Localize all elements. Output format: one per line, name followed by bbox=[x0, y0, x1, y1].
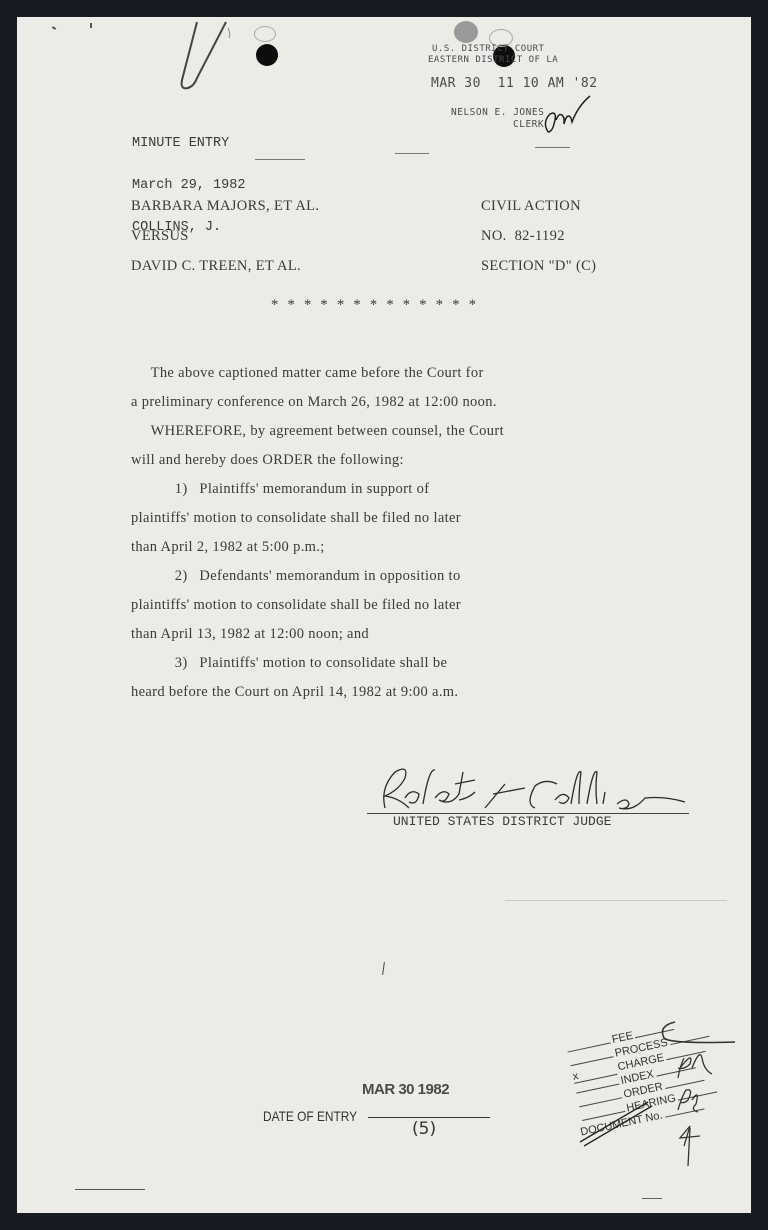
order-line: WHEREFORE, by agreement between counsel,… bbox=[131, 417, 504, 446]
order-line: 2) Defendants' memorandum in opposition … bbox=[131, 562, 504, 591]
punch-hole-faint bbox=[454, 21, 478, 43]
docket-handwriting bbox=[560, 1018, 750, 1168]
date-of-entry-stamp: MAR 30 1982 bbox=[362, 1081, 449, 1098]
punch-hole bbox=[256, 44, 278, 66]
divider bbox=[255, 159, 305, 160]
stray-mark bbox=[90, 23, 92, 28]
signature-title: UNITED STATES DISTRICT JUDGE bbox=[393, 814, 611, 829]
order-line: plaintiffs' motion to consolidate shall … bbox=[131, 591, 504, 620]
filing-stamp-district: EASTERN DISTRICT OF LA bbox=[428, 55, 558, 65]
caption-plaintiff: BARBARA MAJORS, ET AL. bbox=[131, 198, 319, 215]
caption-case-number: NO. 82-1192 bbox=[481, 228, 565, 245]
caption-versus: VERSUS bbox=[131, 228, 189, 245]
order-line: The above captioned matter came before t… bbox=[131, 359, 504, 388]
date-of-entry-line bbox=[368, 1117, 490, 1118]
stray-mark bbox=[75, 1189, 145, 1190]
punch-hole-faint bbox=[254, 26, 276, 42]
divider bbox=[535, 147, 570, 148]
filing-stamp-clerk-name: NELSON E. JONES bbox=[451, 107, 544, 118]
date-of-entry-handwritten: (5) bbox=[412, 1119, 436, 1139]
caption-action-type: CIVIL ACTION bbox=[481, 198, 581, 215]
entry-date: March 29, 1982 bbox=[132, 179, 245, 193]
filing-stamp-datetime: MAR 30 11 10 AM '82 bbox=[431, 76, 598, 91]
entry-type: MINUTE ENTRY bbox=[132, 137, 245, 151]
faint-line bbox=[505, 900, 727, 901]
date-of-entry-label: DATE OF ENTRY bbox=[263, 1108, 357, 1124]
order-line: a preliminary conference on March 26, 19… bbox=[131, 388, 504, 417]
order-line: than April 2, 1982 at 5:00 p.m.; bbox=[131, 533, 504, 562]
order-line: will and hereby does ORDER the following… bbox=[131, 446, 504, 475]
order-body: The above captioned matter came before t… bbox=[131, 359, 504, 707]
paperclip-icon bbox=[170, 18, 240, 93]
clerk-initials-signature bbox=[540, 92, 595, 137]
judge-signature bbox=[365, 758, 695, 818]
caption-separator: * * * * * * * * * * * * * bbox=[271, 297, 479, 314]
order-line: plaintiffs' motion to consolidate shall … bbox=[131, 504, 504, 533]
order-line: 3) Plaintiffs' motion to consolidate sha… bbox=[131, 649, 504, 678]
caption-defendant: DAVID C. TREEN, ET AL. bbox=[131, 258, 301, 275]
stray-mark bbox=[642, 1198, 662, 1199]
order-line: than April 13, 1982 at 12:00 noon; and bbox=[131, 620, 504, 649]
order-line: 1) Plaintiffs' memorandum in support of bbox=[131, 475, 504, 504]
order-line: heard before the Court on April 14, 1982… bbox=[131, 678, 504, 707]
divider bbox=[395, 153, 429, 154]
caption-section: SECTION "D" (C) bbox=[481, 258, 596, 275]
filing-stamp-court: U.S. DISTRICT COURT bbox=[432, 44, 544, 54]
